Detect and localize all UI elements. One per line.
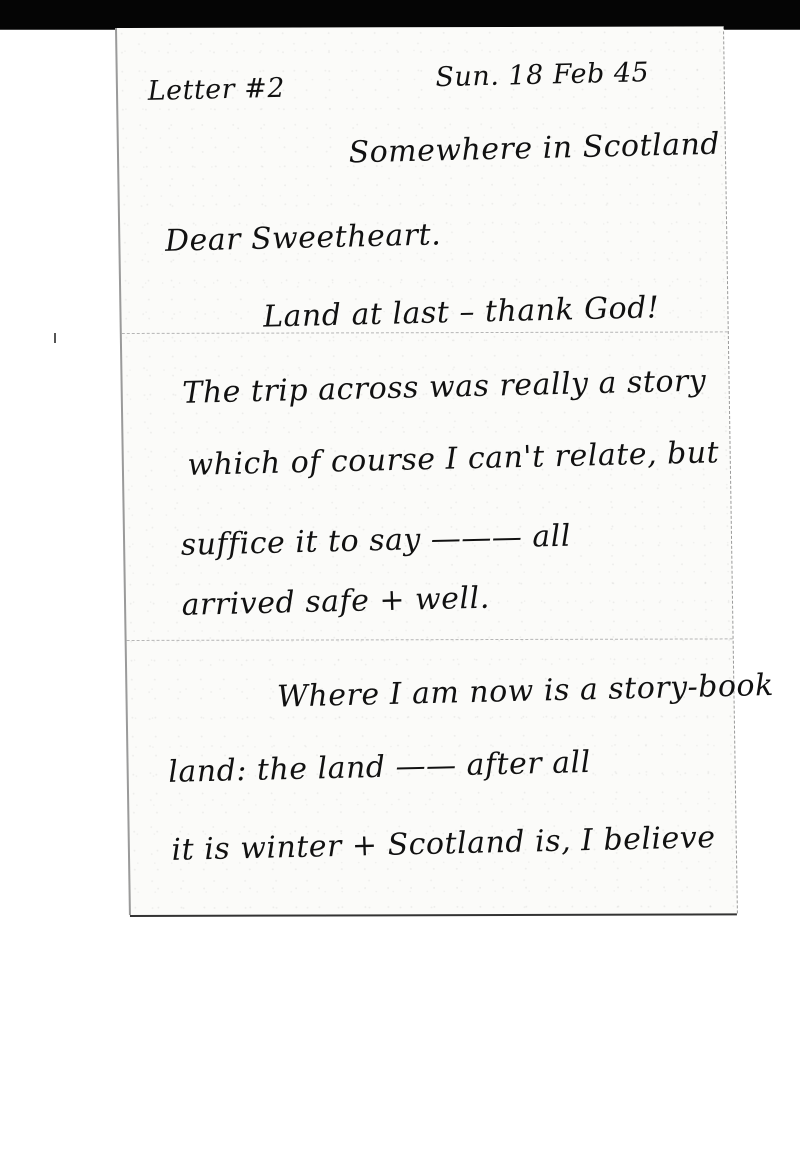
letter-date: Sun. 18 Feb 45 [435, 57, 650, 93]
body-line: Where I am now is a story-book [277, 668, 775, 715]
letter-number: Letter #2 [147, 73, 285, 107]
fold-line [122, 331, 728, 334]
body-line: Land at last – thank God! [263, 290, 660, 334]
body-line: arrived safe + well. [181, 581, 490, 623]
scan-artifact-mark [54, 333, 56, 343]
body-line: which of course I can't relate, but [187, 435, 720, 483]
body-line: suffice it to say ——— all [180, 519, 571, 563]
letter-place: Somewhere in Scotland [348, 127, 721, 171]
body-line: The trip across was really a story [182, 363, 707, 410]
body-line: it is winter + Scotland is, I believe [171, 820, 716, 868]
body-line: land: the land —— after all [168, 745, 592, 790]
scanner-top-bar [0, 0, 800, 30]
fold-line [127, 638, 733, 641]
letter-page: Letter #2 Sun. 18 Feb 45 Somewhere in Sc… [115, 26, 738, 915]
salutation: Dear Sweetheart. [164, 217, 441, 258]
